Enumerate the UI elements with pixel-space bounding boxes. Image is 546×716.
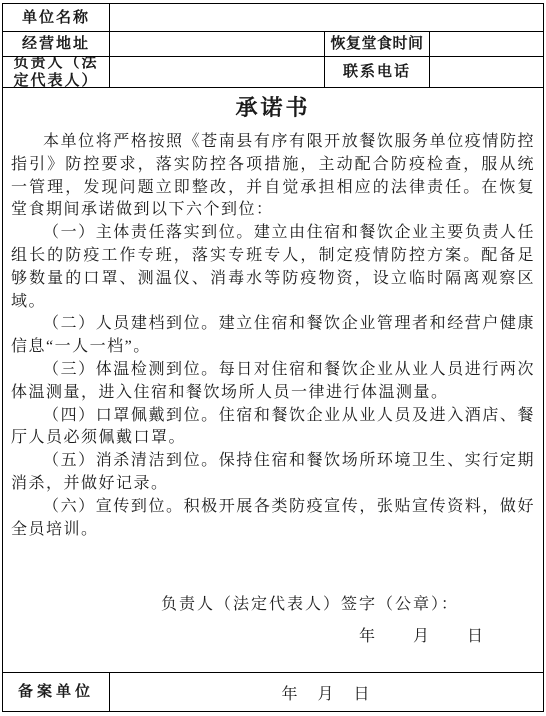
dinein-time-label: 恢复堂食时间 <box>330 35 423 53</box>
record-date-line[interactable]: 年 月 日 <box>281 681 371 704</box>
page-title: 承诺书 <box>3 93 543 123</box>
form-table: 单位名称 经营地址 恢复堂食时间 负责人（法定代表人） 联系电话 承诺书 本单位… <box>2 3 544 712</box>
unit-name-input[interactable] <box>110 4 543 32</box>
commitment-paragraph: 本单位将严格按照《苍南县有序有限开放餐饮服务单位疫情防控指引》防控要求，落实防控… <box>11 131 535 222</box>
signature-date-line[interactable]: 年 月 日 <box>3 625 543 648</box>
principal-label: 负责人（法定代表人） <box>7 57 105 88</box>
commitment-paragraph: （六）宣传到位。积极开展各类防疫宣传，张贴宣传资料，做好全员培训。 <box>11 496 535 542</box>
record-unit-input[interactable]: 年 月 日 <box>110 673 543 711</box>
address-input[interactable] <box>110 32 325 57</box>
commitment-paragraph: （三）体温检测到位。每日对住宿和餐饮企业从业人员进行两次体温测量，进入住宿和餐饮… <box>11 359 535 405</box>
commitment-paragraph: （一）主体责任落实到位。建立由住宿和餐饮企业主要负责人任组长的防疫工作专班，落实… <box>11 222 535 313</box>
signature-line: 负责人（法定代表人）签字（公章）： <box>3 593 543 616</box>
record-unit-label-cell: 备案单位 <box>3 673 110 711</box>
address-label-cell: 经营地址 <box>3 32 110 57</box>
address-label: 经营地址 <box>22 35 90 53</box>
commitment-form-page: 单位名称 经营地址 恢复堂食时间 负责人（法定代表人） 联系电话 承诺书 本单位… <box>0 0 546 716</box>
phone-input[interactable] <box>430 57 543 88</box>
commitment-paragraph: （二）人员建档到位。建立住宿和餐饮企业管理者和经营户健康信息“一人一档”。 <box>11 313 535 359</box>
commitment-paragraph: （五）消杀清洁到位。保持住宿和餐饮场所环境卫生、实行定期消杀，并做好记录。 <box>11 450 535 496</box>
commitment-text: 本单位将严格按照《苍南县有序有限开放餐饮服务单位疫情防控指引》防控要求，落实防控… <box>3 131 543 541</box>
record-unit-label: 备案单位 <box>18 683 94 701</box>
phone-label-cell: 联系电话 <box>325 57 430 88</box>
unit-name-label: 单位名称 <box>22 9 90 27</box>
unit-name-label-cell: 单位名称 <box>3 4 110 32</box>
principal-label-cell: 负责人（法定代表人） <box>3 57 110 88</box>
principal-input[interactable] <box>110 57 325 88</box>
phone-label: 联系电话 <box>343 63 411 81</box>
commitment-body-cell: 承诺书 本单位将严格按照《苍南县有序有限开放餐饮服务单位疫情防控指引》防控要求，… <box>3 88 543 673</box>
dinein-time-input[interactable] <box>430 32 543 57</box>
commitment-paragraph: （四）口罩佩戴到位。住宿和餐饮企业从业人员及进入酒店、餐厅人员必须佩戴口罩。 <box>11 405 535 451</box>
dinein-time-label-cell: 恢复堂食时间 <box>325 32 430 57</box>
